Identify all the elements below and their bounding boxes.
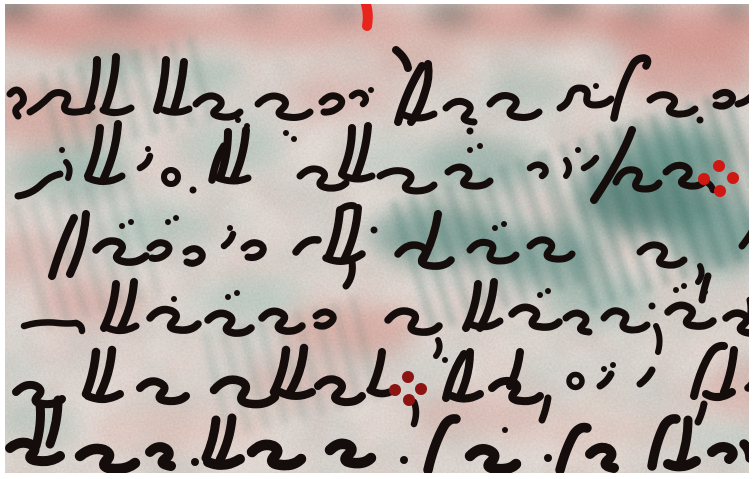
- red-ornament-dot: [714, 185, 726, 197]
- diacritic-dot: [128, 219, 134, 225]
- script-stroke: [436, 340, 440, 356]
- diacritic-dot: [291, 136, 297, 142]
- red-tick-mark-top: [366, 4, 368, 26]
- script-stroke: [208, 459, 240, 465]
- diacritic-dot: [190, 187, 197, 194]
- script-stroke: [656, 326, 660, 352]
- manuscript-canvas: [0, 0, 754, 479]
- script-stroke: [414, 402, 416, 424]
- diacritic-dot: [581, 87, 587, 93]
- diacritic-dot: [575, 147, 581, 153]
- red-ornament-dot: [402, 371, 414, 383]
- photo-white-border-top: [0, 0, 754, 4]
- diacritic-dot: [119, 223, 125, 229]
- script-stroke: [452, 394, 480, 399]
- diacritic-dot: [649, 303, 656, 310]
- diacritic-dot: [145, 146, 151, 152]
- red-ornament-dot: [698, 173, 710, 185]
- diacritic-dot: [467, 147, 473, 153]
- diacritic-dot: [544, 454, 552, 462]
- photo-white-border-left: [0, 0, 5, 479]
- diacritic-dot: [227, 225, 233, 231]
- diacritic-dot: [173, 215, 179, 221]
- script-stroke: [280, 392, 312, 396]
- diacritic-dot: [681, 283, 687, 289]
- diacritic-dot: [492, 225, 498, 231]
- script-stroke: [566, 160, 569, 176]
- script-stroke: [344, 176, 372, 179]
- diacritic-dot: [234, 290, 240, 296]
- diacritic-dot: [502, 427, 508, 433]
- diacritic-dot: [235, 117, 241, 123]
- diacritic-dot: [501, 221, 507, 227]
- diacritic-dot: [165, 219, 171, 225]
- diacritic-dot: [545, 288, 551, 294]
- red-ornament-dot: [727, 172, 739, 184]
- diacritic-dot: [191, 458, 199, 466]
- red-ornament-dot: [403, 394, 415, 406]
- diacritic-dot: [442, 357, 448, 363]
- photo-white-border-right: [749, 0, 754, 479]
- diacritic-dot: [673, 287, 679, 293]
- diacritic-dot: [371, 227, 378, 234]
- diacritic-dot: [467, 128, 474, 135]
- diacritic-dot: [368, 87, 374, 93]
- script-stroke: [24, 322, 76, 326]
- diacritic-dot: [400, 456, 408, 464]
- diacritic-dot: [283, 130, 289, 136]
- diacritic-dot: [477, 143, 483, 149]
- diacritic-dot: [171, 296, 177, 302]
- diacritic-dot: [225, 294, 231, 300]
- diacritic-dot: [593, 83, 599, 89]
- script-stroke: [218, 178, 248, 181]
- diacritic-dot: [537, 292, 543, 298]
- diacritic-dot: [697, 117, 704, 124]
- manuscript-photograph: [0, 0, 754, 479]
- diacritic-dot: [601, 366, 607, 372]
- red-ornament-dot: [415, 383, 427, 395]
- photo-white-border-bottom: [0, 473, 754, 479]
- red-ornament-dot: [713, 160, 725, 172]
- script-stroke: [163, 109, 189, 112]
- diacritic-dot: [610, 362, 616, 368]
- script-stroke: [370, 390, 390, 394]
- diacritic-dot: [59, 147, 65, 153]
- script-stroke: [402, 114, 434, 118]
- script-stroke: [698, 266, 702, 282]
- script-stroke: [668, 461, 696, 466]
- red-ornament-dot: [389, 384, 401, 396]
- script-stroke: [36, 404, 41, 446]
